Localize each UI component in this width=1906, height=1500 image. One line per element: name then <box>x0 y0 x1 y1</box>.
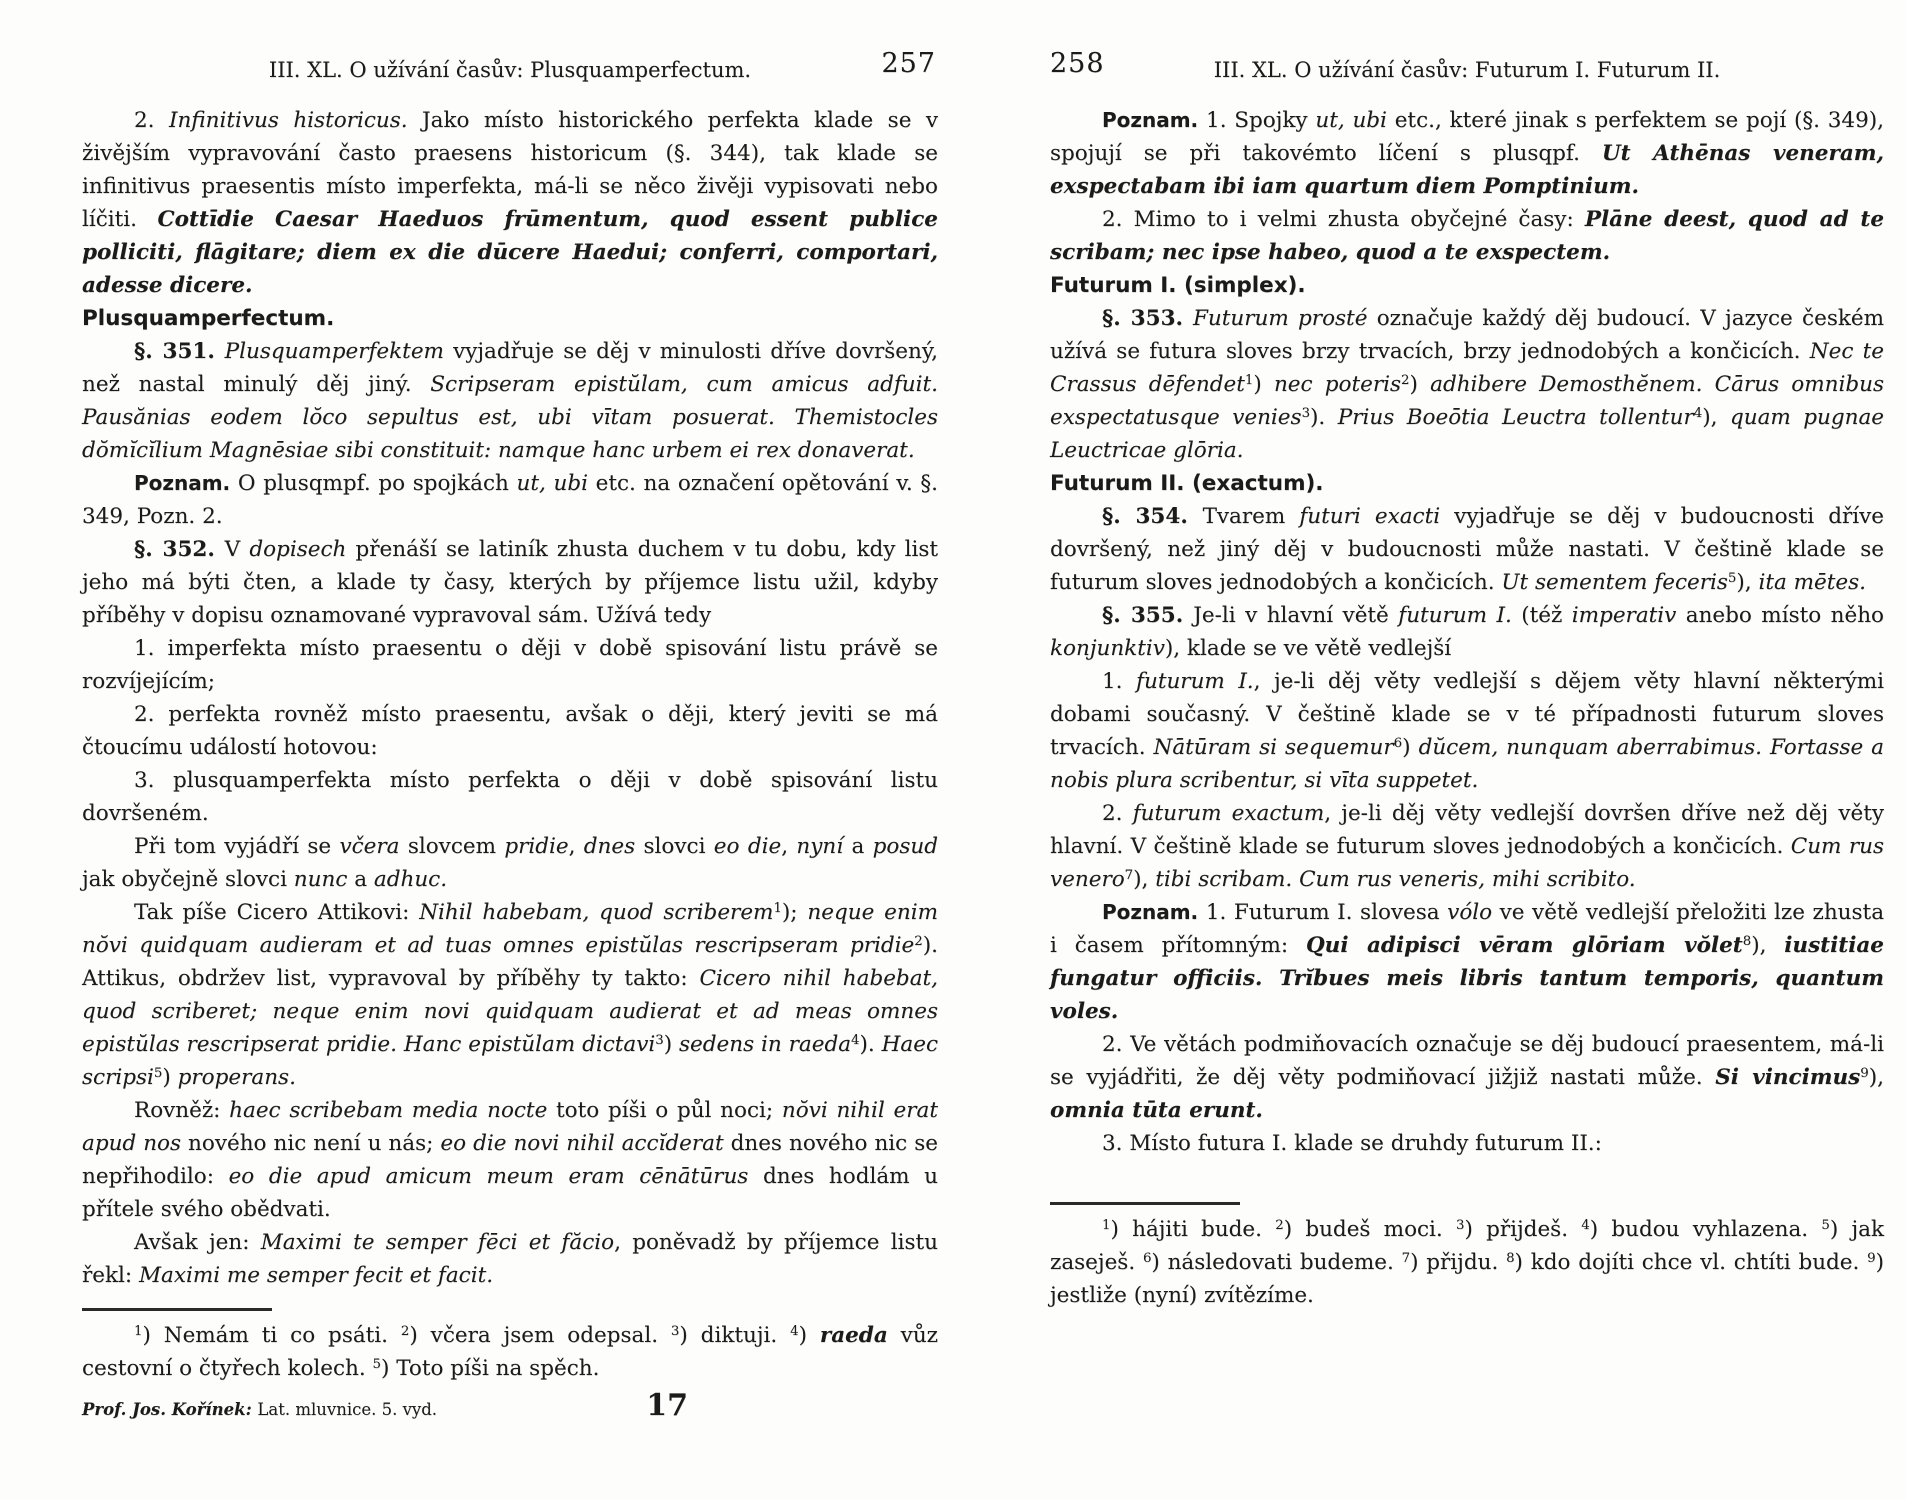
page-right: III. XL. O užívání časův: Futurum I. Fut… <box>1050 56 1884 1312</box>
text-segment: (též <box>1512 603 1572 628</box>
text-segment: Futurum prosté <box>1193 306 1367 331</box>
footnote-marker: 2 <box>1401 373 1409 388</box>
list-item-plusquamperfekta: 3. plusquamperfekta místo perfekta o děj… <box>82 764 938 830</box>
text-segment: 2. Mimo to i velmi zhusta obyčejné časy: <box>1102 207 1585 232</box>
text-segment: ), <box>1702 405 1730 430</box>
signature-text: Prof. Jos. Kořínek: Lat. mluvnice. 5. vy… <box>82 1397 437 1423</box>
text-segment: ) Toto píši na spěch. <box>381 1356 599 1381</box>
text-segment: ), <box>1736 570 1758 595</box>
footnote-marker: 1 <box>134 1324 142 1339</box>
footnote-marker: 5 <box>1728 571 1736 586</box>
text-segment: vólo <box>1447 900 1492 925</box>
text-segment: a <box>347 867 374 892</box>
text-segment: Prius Boeōtia Leuctra tollentur <box>1338 405 1694 430</box>
text-segment: 2. <box>134 108 169 133</box>
text-segment: a <box>843 834 873 859</box>
paragraph-353: §. 353. Futurum prosté označuje každý dě… <box>1050 302 1884 467</box>
text-segment: nunc <box>294 867 348 892</box>
footnote-marker: 1 <box>773 901 781 916</box>
text-segment: eo die apud amicum meum eram cēnātūrus <box>229 1164 749 1189</box>
text-segment: ) přijdu. <box>1410 1250 1506 1275</box>
text-segment: eo die <box>714 834 781 859</box>
text-segment: , <box>781 834 796 859</box>
text-segment: 2. <box>1102 801 1133 826</box>
text-segment: O plusqmpf. po spojkách <box>238 471 517 496</box>
text-segment: ) <box>664 1032 679 1057</box>
paragraph-cicero-attikovi: Tak píše Cicero Attikovi: Nihil habebam,… <box>82 896 938 1094</box>
text-segment: 2. perfekta rovněž místo praesentu, avša… <box>82 702 938 760</box>
text-segment: Nātūram si sequemur <box>1154 735 1394 760</box>
text-segment: dnes <box>584 834 635 859</box>
text-segment: ) hájiti bude. <box>1110 1217 1275 1242</box>
text-segment: §. 355. <box>1102 603 1193 628</box>
text-segment: Poznam. <box>1102 900 1206 924</box>
text-segment: jak obyčejně slovci <box>82 867 294 892</box>
text-segment: ut, ubi <box>517 471 588 496</box>
heading-plusquamperfectum: Plusquamperfectum. <box>82 302 938 335</box>
text-segment: ) kdo dojíti chce vl. chtíti bude. <box>1515 1250 1868 1275</box>
text-segment: anebo místo něho <box>1676 603 1884 628</box>
text-segment: Cottīdie Caesar Haeduos frūmentum, quod … <box>82 207 938 298</box>
text-segment: dopisech <box>249 537 346 562</box>
running-title: III. XL. O užívání časův: Futurum I. Fut… <box>1214 58 1721 82</box>
text-segment: včera <box>339 834 399 859</box>
text-segment: Tvarem <box>1203 504 1300 529</box>
text-segment: ) <box>1410 372 1431 397</box>
text-segment: Qui adipisci vēram glōriam vŏlet <box>1306 933 1743 958</box>
list-item-imperfekta: 1. imperfekta místo praesentu o ději v d… <box>82 632 938 698</box>
text-segment: Futurum I. (simplex). <box>1050 273 1306 298</box>
text-segment: 1. imperfekta místo praesentu o ději v d… <box>82 636 938 694</box>
text-segment: Maximi me semper fecit et facit. <box>139 1263 493 1288</box>
text-segment: haec scribebam media nocte <box>229 1098 547 1123</box>
text-segment: ita mētes. <box>1758 570 1866 595</box>
text-segment: Futurum II. (exactum). <box>1050 471 1323 496</box>
list-item-futurum-1: 1. futurum I., je-li děj věty vedlejší s… <box>1050 665 1884 797</box>
text-segment: 3. plusquamperfekta místo perfekta o děj… <box>82 768 938 826</box>
text-segment: Prof. Jos. Kořínek: <box>82 1400 257 1419</box>
text-segment: Poznam. <box>1102 108 1206 132</box>
paragraph-355: §. 355. Je-li v hlavní větě futurum I. (… <box>1050 599 1884 665</box>
text-segment: ) přijdeš. <box>1464 1217 1581 1242</box>
book-spread: III. XL. O užívání časův: Plusquamperfec… <box>0 0 1906 1500</box>
text-segment: ) včera jsem odepsal. <box>409 1323 671 1348</box>
note-2-podminovaci: 2. Ve větách podmiňovacích označuje se d… <box>1050 1028 1884 1127</box>
note-2-mimo-to: 2. Mimo to i velmi zhusta obyčejné časy:… <box>1050 203 1884 269</box>
page-header-left: III. XL. O užívání časův: Plusquamperfec… <box>82 56 938 84</box>
text-segment: Si vincimus <box>1715 1065 1860 1090</box>
text-segment: nového nic není u nás; <box>181 1131 440 1156</box>
page-number: 257 <box>881 50 936 78</box>
text-segment: Rovněž: <box>134 1098 229 1123</box>
list-item-futurum-exactum: 2. futurum exactum, je-li děj věty vedle… <box>1050 797 1884 896</box>
text-segment: Je-li v hlavní větě <box>1193 603 1398 628</box>
footnote-marker: 4 <box>790 1324 798 1339</box>
text-segment: ut, ubi <box>1315 108 1387 133</box>
text-segment: ) <box>1253 372 1274 397</box>
footnote-rule <box>82 1308 272 1311</box>
footnote-marker: 2 <box>401 1324 409 1339</box>
note-plusqmpf: Poznam. O plusqmpf. po spojkách ut, ubi … <box>82 467 938 533</box>
text-segment: pridie <box>504 834 568 859</box>
text-segment: ), <box>1751 933 1784 958</box>
footnote-marker: 2 <box>1275 1218 1283 1233</box>
footnote-marker: 4 <box>1581 1218 1589 1233</box>
text-segment: omnia tūta erunt. <box>1050 1098 1263 1123</box>
text-segment: properans. <box>178 1065 296 1090</box>
footnote-marker: 5 <box>154 1066 162 1081</box>
paragraph-rovnez: Rovněž: haec scribebam media nocte toto … <box>82 1094 938 1226</box>
paragraph-352: §. 352. V dopisech přenáší se latiník zh… <box>82 533 938 632</box>
text-segment: futurum exactum <box>1133 801 1325 826</box>
text-segment: ) <box>1402 735 1418 760</box>
page-header-right: III. XL. O užívání časův: Futurum I. Fut… <box>1050 56 1884 84</box>
footnote-marker: 4 <box>851 1033 859 1048</box>
text-segment: ). <box>860 1032 882 1057</box>
text-segment: §. 354. <box>1102 504 1203 529</box>
footnote-marker: 7 <box>1125 868 1133 883</box>
text-segment: §. 352. <box>134 537 225 562</box>
text-segment: ), <box>1133 867 1155 892</box>
paragraph-avsak-jen: Avšak jen: Maximi te semper fēci et făci… <box>82 1226 938 1292</box>
note-1-futurum-volo: Poznam. 1. Futurum I. slovesa vólo ve vě… <box>1050 896 1884 1028</box>
text-segment: imperativ <box>1572 603 1677 628</box>
text-segment: Tak píše Cicero Attikovi: <box>134 900 419 925</box>
text-segment: V <box>225 537 250 562</box>
text-segment: ) <box>162 1065 177 1090</box>
text-segment: Lat. mluvnice. 5. vyd. <box>257 1400 437 1419</box>
text-segment: posud <box>873 834 938 859</box>
text-segment: Ut sementem feceris <box>1501 570 1728 595</box>
text-segment: ), <box>1869 1065 1884 1090</box>
note-1-spojky: Poznam. 1. Spojky ut, ubi etc., které ji… <box>1050 104 1884 203</box>
heading-futurum-1-simplex: Futurum I. (simplex). <box>1050 269 1884 302</box>
footnote-marker: 3 <box>671 1324 679 1339</box>
text-segment: Avšak jen: <box>134 1230 261 1255</box>
text-segment: ); <box>782 900 808 925</box>
text-segment: raeda <box>820 1323 888 1348</box>
text-segment: slovcem <box>399 834 504 859</box>
footnote-marker: 5 <box>373 1357 381 1372</box>
page-number: 258 <box>1050 50 1105 78</box>
footnote-marker: 6 <box>1143 1251 1151 1266</box>
footnotes-left: 1) Nemám ti co psáti. 2) včera jsem odep… <box>82 1319 938 1385</box>
text-segment: futurum I. <box>1398 603 1512 628</box>
footnote-marker: 4 <box>1694 406 1702 421</box>
signature-line: Prof. Jos. Kořínek: Lat. mluvnice. 5. vy… <box>82 1388 938 1423</box>
text-segment: konjunktiv <box>1050 636 1165 661</box>
text-segment: nyní <box>796 834 843 859</box>
text-segment: ) následovati budeme. <box>1151 1250 1401 1275</box>
text-segment: futurum I. <box>1136 669 1254 694</box>
text-segment: nec poteris <box>1274 372 1401 397</box>
text-segment: ) Nemám ti co psáti. <box>142 1323 400 1348</box>
page-left: III. XL. O užívání časův: Plusquamperfec… <box>82 56 938 1423</box>
text-segment: ) budeš moci. <box>1284 1217 1456 1242</box>
text-segment: futuri exacti <box>1299 504 1440 529</box>
note-3-misto-futura: 3. Místo futura I. klade se druhdy futur… <box>1050 1127 1884 1160</box>
text-segment: Nihil habebam, quod scriberem <box>419 900 773 925</box>
footnote-marker: 6 <box>1394 736 1402 751</box>
text-segment: Plusquamperfectum. <box>82 306 334 331</box>
footnote-rule <box>1050 1202 1240 1205</box>
text-segment: Plusquamperfektem <box>225 339 444 364</box>
paragraph-351: §. 351. Plusquamperfektem vyjadřuje se d… <box>82 335 938 467</box>
paragraph-354: §. 354. Tvarem futuri exacti vyjadřuje s… <box>1050 500 1884 599</box>
footnote-marker: 3 <box>1302 406 1310 421</box>
text-segment: ), klade se ve větě vedlejší <box>1165 636 1451 661</box>
footnotes-right: 1) hájiti bude. 2) budeš moci. 3) přijde… <box>1050 1213 1884 1312</box>
paragraph-infinitivus-historicus: 2. Infinitivus historicus. Jako místo hi… <box>82 104 938 302</box>
text-segment: Při tom vyjádří se <box>134 834 339 859</box>
list-item-perfekta: 2. perfekta rovněž místo praesentu, avša… <box>82 698 938 764</box>
text-segment: , <box>569 834 584 859</box>
paragraph-pridie: Při tom vyjádří se včera slovcem pridie,… <box>82 830 938 896</box>
text-segment: ) budou vyhlazena. <box>1590 1217 1822 1242</box>
footnote-marker: 7 <box>1402 1251 1410 1266</box>
footnote-marker: 1 <box>1245 373 1253 388</box>
footnote-marker: 9 <box>1860 1066 1868 1081</box>
text-segment: ). <box>1310 405 1338 430</box>
text-segment: 1. Futurum I. slovesa <box>1206 900 1447 925</box>
text-segment: 1. <box>1102 669 1136 694</box>
text-segment: §. 351. <box>134 339 225 364</box>
running-title: III. XL. O užívání časův: Plusquamperfec… <box>269 58 751 82</box>
text-segment: Maximi te semper fēci et făcio <box>261 1230 614 1255</box>
footnote-marker: 8 <box>1743 934 1751 949</box>
text-segment: 3. Místo futura I. klade se druhdy futur… <box>1102 1131 1602 1156</box>
heading-futurum-2-exactum: Futurum II. (exactum). <box>1050 467 1884 500</box>
text-segment: toto píši o půl noci; <box>547 1098 782 1123</box>
text-segment: slovci <box>635 834 714 859</box>
footnote-marker: 8 <box>1506 1251 1514 1266</box>
footnote-marker: 3 <box>655 1033 663 1048</box>
text-segment: adhuc. <box>374 867 447 892</box>
text-segment: Infinitivus historicus. <box>169 108 408 133</box>
text-segment: tibi scribam. Cum rus veneris, mihi scri… <box>1155 867 1635 892</box>
text-segment: eo die novi nihil accĭderat <box>440 1131 723 1156</box>
text-segment: ) diktuji. <box>679 1323 790 1348</box>
text-segment: ) <box>799 1323 820 1348</box>
footnote-marker: 2 <box>914 934 922 949</box>
text-segment: sedens in raeda <box>679 1032 851 1057</box>
text-segment: Poznam. <box>134 471 238 495</box>
footnote-marker: 1 <box>1102 1218 1110 1233</box>
footnote-marker: 9 <box>1867 1251 1875 1266</box>
sheet-number: 17 <box>646 1388 688 1423</box>
footnote-marker: 3 <box>1456 1218 1464 1233</box>
text-segment: §. 353. <box>1102 306 1193 331</box>
footnote-marker: 5 <box>1821 1218 1829 1233</box>
text-segment: 1. Spojky <box>1206 108 1315 133</box>
